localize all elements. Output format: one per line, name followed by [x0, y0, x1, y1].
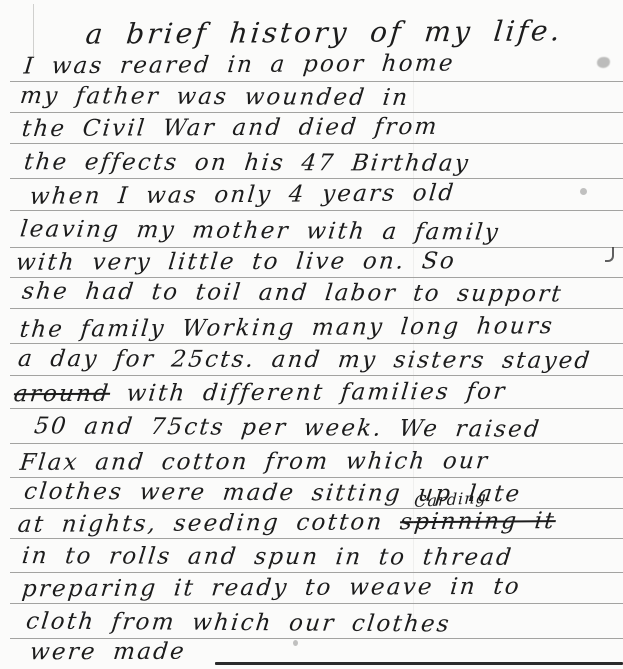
handwritten-line: preparing it ready to weave in to [20, 572, 522, 606]
handwritten-text: a day for 25cts. and my sisters stayed [17, 346, 593, 374]
handwritten-text: my father was wounded in [19, 83, 411, 111]
handwritten-line: the effects on his 47 Birthday [22, 147, 471, 180]
handwritten-line: leaving my mother with a family [18, 214, 501, 248]
inserted-correction-word: Carding [414, 490, 487, 510]
handwritten-document-page: a brief history of my life. I was reared… [0, 0, 623, 669]
handwritten-line: cloth from which our clothes [24, 607, 452, 641]
handwritten-text: cloth from which our clothes [25, 609, 453, 638]
handwritten-line: the Civil War and died from [20, 112, 440, 145]
handwritten-text: I was reared in a poor home [23, 50, 456, 79]
handwritten-line: 50 and 75cts per week. We raised [32, 411, 542, 446]
ruled-line-dark-segment [215, 662, 623, 665]
scan-speck [293, 640, 298, 646]
handwritten-line: I was reared in a poor home [22, 48, 456, 82]
handwritten-line: my father was wounded in [18, 81, 411, 114]
stray-pen-mark [605, 247, 614, 262]
handwritten-text: with very little to live on. So [15, 248, 458, 276]
handwritten-line: when I was only 4 years old [28, 178, 457, 213]
handwritten-text: preparing it ready to weave in to [21, 574, 523, 603]
handwritten-text: the family Working many long hours [19, 313, 556, 343]
handwritten-text: she had to toil and labor to support [21, 279, 564, 308]
handwritten-text: leaving my mother with a family [19, 216, 502, 245]
document-title: a brief history of my life. [84, 14, 564, 50]
handwritten-text: when I was only 4 years old [29, 180, 457, 210]
handwritten-text: were made [29, 639, 188, 666]
scan-crease-vertical [33, 4, 34, 56]
handwritten-line: around with different families for [12, 377, 508, 411]
handwritten-text: at nights, seeding cotton [17, 509, 402, 538]
handwritten-text: with different families for [109, 379, 508, 407]
handwritten-text: the effects on his 47 Birthday [23, 149, 472, 177]
handwritten-line: the family Working many long hours [18, 311, 555, 346]
handwritten-text: the Civil War and died from [21, 114, 440, 142]
handwritten-line: in to rolls and spun in to thread [20, 541, 514, 574]
struck-out-text: spinning itCarding [399, 508, 557, 535]
handwritten-line: a day for 25cts. and my sisters stayed [16, 344, 593, 377]
scan-smudge [597, 57, 610, 68]
handwritten-line: were made [28, 637, 187, 669]
handwritten-line: she had to toil and labor to support [20, 277, 564, 311]
handwritten-line: at nights, seeding cotton spinning itCar… [16, 506, 557, 541]
handwritten-line: with very little to live on. So [14, 246, 457, 279]
struck-out-text: around [13, 381, 112, 408]
handwritten-text: in to rolls and spun in to thread [21, 543, 515, 571]
handwritten-line: Flax and cotton from which our [18, 446, 490, 479]
scan-speck [580, 188, 587, 195]
handwritten-text: Flax and cotton from which our [19, 448, 491, 476]
handwritten-text: 50 and 75cts per week. We raised [33, 413, 543, 443]
